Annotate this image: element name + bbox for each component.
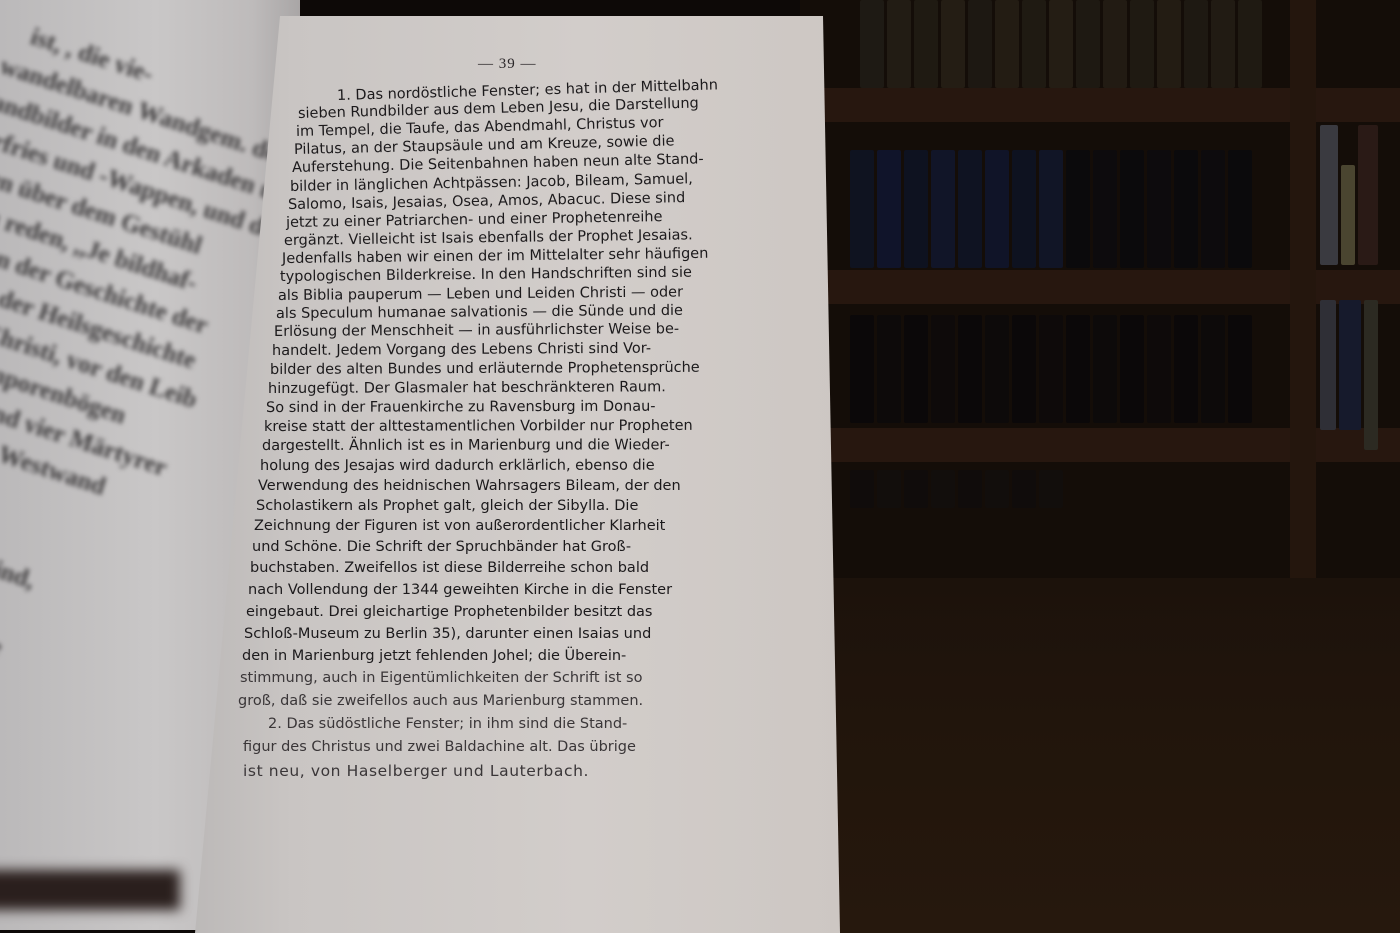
text-line: eingebaut. Drei gleichartige Prophetenbi… bbox=[246, 604, 750, 620]
text-line: handelt. Jedem Vorgang des Lebens Christ… bbox=[272, 340, 742, 359]
text-line: holung des Jesajas wird dadurch erklärli… bbox=[260, 458, 745, 474]
wooden-table bbox=[800, 578, 1400, 933]
shelf-post bbox=[1290, 0, 1316, 580]
text-line: hinzugefügt. Der Glasmaler hat beschränk… bbox=[268, 379, 743, 397]
text-line: Schloß-Museum zu Berlin 35), darunter ei… bbox=[244, 626, 751, 642]
book-row-lower bbox=[850, 315, 1252, 425]
text-line: buchstaben. Zweifellos ist diese Bilderr… bbox=[250, 560, 748, 576]
book-cover-shadow bbox=[0, 870, 180, 910]
text-line: So sind in der Frauenkirche zu Ravensbur… bbox=[266, 398, 744, 416]
text-line: dargestellt. Ähnlich ist es in Marienbur… bbox=[262, 437, 745, 454]
text-line: Verwendung des heidnischen Wahrsagers Bi… bbox=[258, 478, 746, 494]
text-line: kreise statt der alttestamentlichen Vorb… bbox=[264, 418, 744, 435]
text-line: Jedenfalls haben wir einen der im Mittel… bbox=[282, 245, 740, 267]
text-line: groß, daß sie zweifellos auch aus Marien… bbox=[238, 693, 752, 709]
bookshelf-background bbox=[800, 0, 1400, 580]
text-line: als Biblia pauperum — Leben und Leiden C… bbox=[278, 284, 741, 304]
text-line: figur des Christus und zwei Baldachine a… bbox=[243, 739, 754, 755]
text-line: als Speculum humanae salvationis — die S… bbox=[276, 302, 741, 322]
book-row-middle bbox=[850, 150, 1252, 270]
text-line: bilder des alten Bundes und erläuternde … bbox=[270, 360, 743, 378]
text-line: Erlösung der Menschheit — in ausführlich… bbox=[274, 321, 742, 340]
text-line: Zeichnung der Figuren ist von außerorden… bbox=[254, 518, 747, 534]
text-line: ist neu, von Haselberger und Lauterbach. bbox=[243, 762, 754, 780]
right-page: — 39 — 1. Das nordöstliche Fenster; es h… bbox=[195, 16, 840, 933]
text-line: nach Vollendung der 1344 geweihten Kirch… bbox=[248, 582, 749, 598]
book-row-top bbox=[860, 0, 1262, 90]
book-row-right-lower bbox=[1320, 300, 1378, 450]
text-line: typologischen Bilderkreise. In den Hands… bbox=[280, 264, 740, 285]
book-row-bottom bbox=[850, 470, 1063, 510]
text-line: und Schöne. Die Schrift der Spruchbänder… bbox=[252, 539, 748, 555]
text-line: stimmung, auch in Eigentümlichkeiten der… bbox=[240, 670, 752, 686]
text-line: Scholastikern als Prophet galt, gleich d… bbox=[256, 498, 746, 514]
text-line: 2. Das südöstliche Fenster; in ihm sind … bbox=[268, 716, 754, 732]
page-number: — 39 — bbox=[478, 56, 537, 73]
book-row-right bbox=[1320, 125, 1378, 275]
text-line: den in Marienburg jetzt fehlenden Johel;… bbox=[242, 648, 752, 664]
